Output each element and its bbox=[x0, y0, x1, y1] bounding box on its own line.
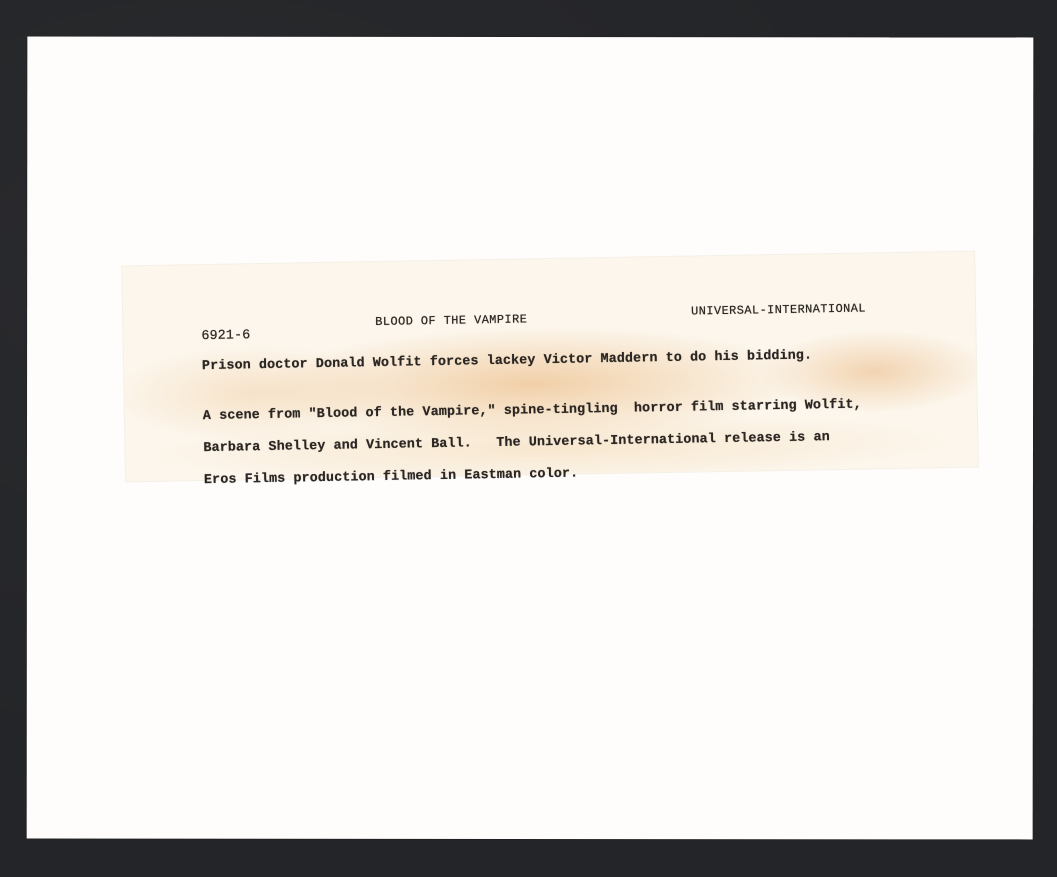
caption-body-line: Barbara Shelley and Vincent Ball. The Un… bbox=[203, 429, 903, 457]
studio-name: UNIVERSAL-INTERNATIONAL bbox=[691, 300, 866, 319]
film-title: BLOOD OF THE VAMPIRE bbox=[375, 311, 527, 330]
caption-body-line: A scene from "Blood of the Vampire," spi… bbox=[203, 397, 903, 425]
negative-number: 6921-6 bbox=[201, 328, 250, 345]
snipe-text: 6921-6 BLOOD OF THE VAMPIRE UNIVERSAL-IN… bbox=[201, 305, 904, 505]
photo-caption: Prison doctor Donald Wolfit forces lacke… bbox=[202, 347, 902, 375]
caption-snipe: 6921-6 BLOOD OF THE VAMPIRE UNIVERSAL-IN… bbox=[122, 252, 978, 482]
snipe-header: 6921-6 BLOOD OF THE VAMPIRE UNIVERSAL-IN… bbox=[201, 305, 901, 343]
caption-body: A scene from "Blood of the Vampire," spi… bbox=[202, 381, 904, 505]
photo-back-paper: 6921-6 BLOOD OF THE VAMPIRE UNIVERSAL-IN… bbox=[27, 37, 1034, 840]
caption-body-line: Eros Films production filmed in Eastman … bbox=[204, 461, 904, 489]
